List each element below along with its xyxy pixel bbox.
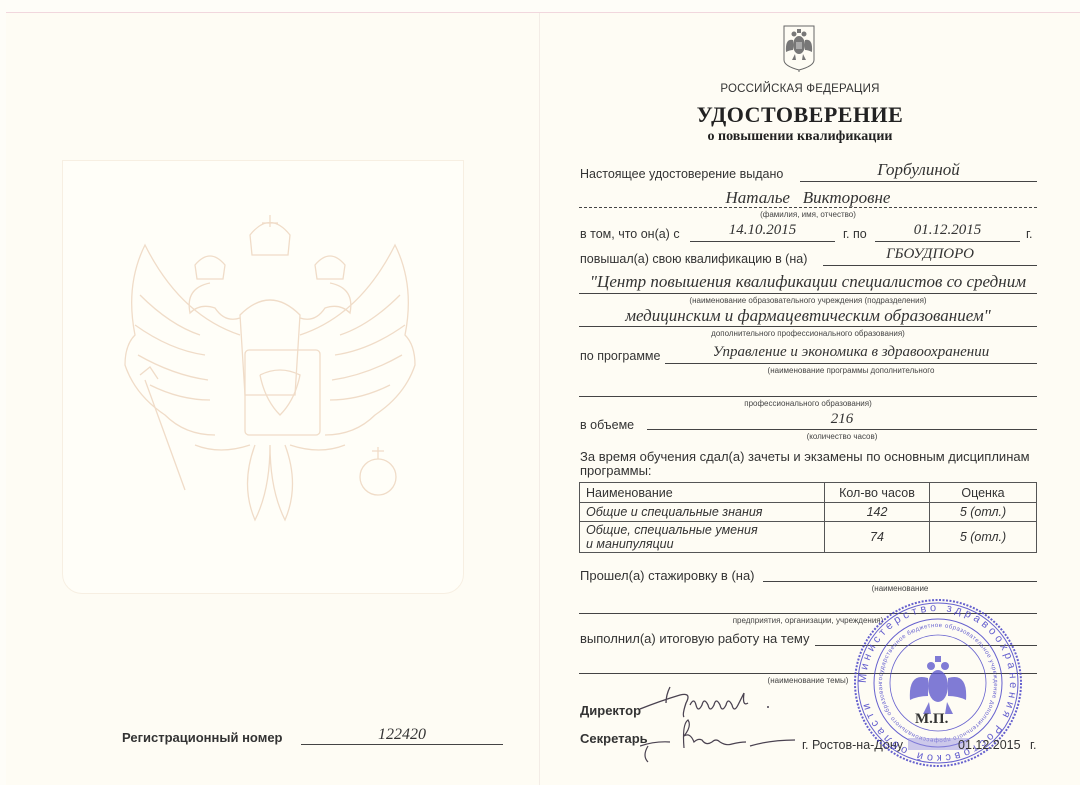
internship-caption1: (наименование	[763, 584, 1037, 593]
date-from-value: 14.10.2015	[690, 222, 835, 239]
coat-of-arms-icon	[782, 24, 816, 72]
row-grade: 5 (отл.)	[930, 503, 1037, 522]
exams-text-line1: За время обучения сдал(а) зачеты и экзам…	[580, 449, 1030, 464]
final-work-label: выполнил(а) итоговую работу на тему	[580, 631, 810, 646]
row-name: Общие и специальные знания	[580, 503, 825, 522]
header-grade: Оценка	[930, 483, 1037, 503]
institution-line2-value: медицинским и фармацевтическим образован…	[579, 306, 1037, 326]
secretary-signature-icon	[640, 718, 800, 763]
row-name: Общие, специальные умения и манипуляции	[580, 522, 825, 553]
institution-line2-line	[579, 326, 1037, 327]
table-row: Общие и специальные знания 142 5 (отл.)	[580, 503, 1037, 522]
institution-label: повышал(а) свою квалификацию в (на)	[580, 252, 807, 266]
header-name: Наименование	[580, 483, 825, 503]
document-title: УДОСТОВЕРЕНИЕ	[610, 102, 990, 128]
period-label: в том, что он(а) с	[580, 227, 680, 241]
institution-abbr-line	[823, 265, 1037, 266]
program-name-value: Управление и экономика в здравоохранении	[665, 344, 1037, 361]
registration-number-value: 122420	[301, 726, 503, 744]
exams-text-line2: программы:	[580, 463, 652, 478]
program-name-line	[665, 363, 1037, 364]
header-hours: Кол-во часов	[825, 483, 930, 503]
program-caption1: (наименование программы дополнительного	[665, 366, 1037, 375]
institution-caption2: дополнительного профессионального образо…	[579, 329, 1037, 338]
seal-label: М.П.	[915, 711, 948, 728]
coat-of-arms-watermark-icon	[100, 205, 440, 535]
grades-table-header: Наименование Кол-во часов Оценка	[580, 483, 1037, 503]
program-label: по программе	[580, 349, 660, 363]
row-name-line2: и манипуляции	[586, 537, 818, 551]
registration-number-label: Регистрационный номер	[122, 730, 283, 745]
date-from-line	[690, 241, 835, 242]
date-to-value: 01.12.2015	[875, 222, 1020, 239]
volume-label: в объеме	[580, 418, 634, 432]
internship-label: Прошел(а) стажировку в (на)	[580, 568, 755, 583]
given-names-value: Наталье Викторовне	[579, 188, 1037, 208]
volume-hours-value: 216	[647, 411, 1037, 428]
program-line2	[579, 396, 1037, 397]
grades-table: Наименование Кол-во часов Оценка Общие и…	[579, 482, 1037, 553]
issue-date: 01.12.2015	[958, 738, 1021, 752]
registration-number-line	[301, 744, 503, 745]
issued-to-label: Настоящее удостоверение выдано	[580, 167, 783, 181]
given-names-line	[579, 207, 1037, 208]
row-grade: 5 (отл.)	[930, 522, 1037, 553]
year-suffix: г.	[1026, 227, 1033, 241]
volume-caption: (количество часов)	[647, 432, 1037, 441]
secretary-label: Секретарь	[580, 731, 648, 746]
institution-line1-value: "Центр повышения квалификации специалист…	[579, 272, 1037, 292]
surname-line	[800, 181, 1037, 182]
director-label: Директор	[580, 703, 641, 718]
country-heading: РОССИЙСКАЯ ФЕДЕРАЦИЯ	[640, 83, 960, 95]
document-subtitle: о повышении квалификации	[610, 129, 990, 145]
internship-line1	[763, 581, 1037, 582]
to-label: г. по	[843, 227, 867, 241]
surname-value: Горбулиной	[800, 160, 1037, 180]
fio-caption: (фамилия, имя, отчество)	[579, 210, 1037, 219]
date-to-line	[875, 241, 1020, 242]
page-fold	[539, 13, 540, 785]
volume-line	[647, 429, 1037, 430]
row-hours: 74	[825, 522, 930, 553]
institution-abbr-value: ГБОУДПОРО	[823, 246, 1037, 263]
table-row: Общие, специальные умения и манипуляции …	[580, 522, 1037, 553]
issue-year-suffix: г.	[1030, 738, 1037, 752]
row-name-line1: Общие, специальные умения	[586, 523, 818, 537]
row-hours: 142	[825, 503, 930, 522]
institution-caption1: (наименование образовательного учреждени…	[579, 296, 1037, 305]
program-caption2: профессионального образования)	[579, 399, 1037, 408]
institution-line1-line	[579, 293, 1037, 294]
